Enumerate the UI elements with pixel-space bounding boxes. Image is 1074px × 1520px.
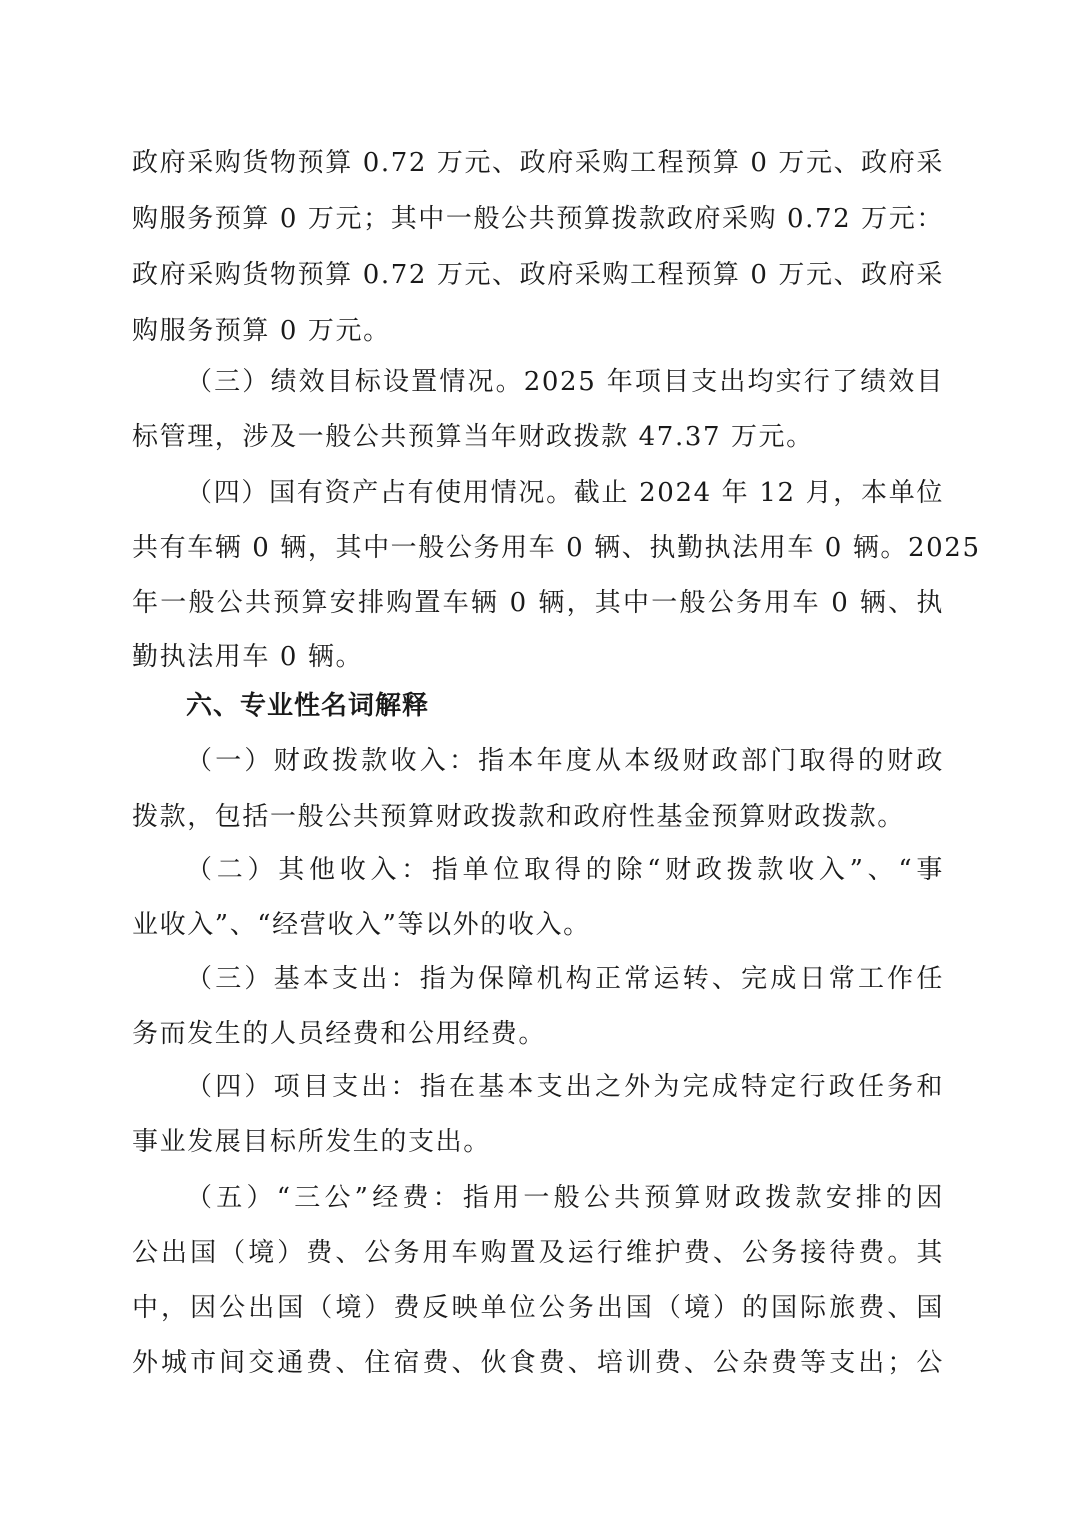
- body-text-line: 公出国（境）费、公务用车购置及运行维护费、公务接待费。其: [132, 1236, 944, 1270]
- section-heading: 六、专业性名词解释: [186, 689, 429, 723]
- body-text-line: 勤执法用车 0 辆。: [132, 640, 944, 674]
- term-three-public-expenses: （五）“三公”经费：指用一般公共预算财政拨款安排的因: [186, 1181, 944, 1215]
- body-text-line: 中，因公出国（境）费反映单位公务出国（境）的国际旅费、国: [132, 1291, 944, 1325]
- body-text-line: 务而发生的人员经费和公用经费。: [132, 1017, 944, 1051]
- body-text-line: 政府采购货物预算 0.72 万元、政府采购工程预算 0 万元、政府采: [132, 146, 944, 180]
- body-text-line: 业收入”、“经营收入”等以外的收入。: [132, 908, 944, 942]
- body-text-line: 标管理，涉及一般公共预算当年财政拨款 47.37 万元。: [132, 420, 944, 454]
- term-fiscal-appropriation-income: （一）财政拨款收入：指本年度从本级财政部门取得的财政: [186, 744, 944, 778]
- body-text-line: 购服务预算 0 万元。: [132, 314, 944, 348]
- body-text-line: 年一般公共预算安排购置车辆 0 辆，其中一般公务用车 0 辆、执: [132, 586, 944, 620]
- body-text-line: 拨款，包括一般公共预算财政拨款和政府性基金预算财政拨款。: [132, 800, 944, 834]
- term-project-expenditure: （四）项目支出：指在基本支出之外为完成特定行政任务和: [186, 1070, 944, 1104]
- body-text-line: 共有车辆 0 辆，其中一般公务用车 0 辆、执勤执法用车 0 辆。2025: [132, 531, 944, 565]
- term-basic-expenditure: （三）基本支出：指为保障机构正常运转、完成日常工作任: [186, 962, 944, 996]
- paragraph-state-assets: （四）国有资产占有使用情况。截止 2024 年 12 月，本单位: [186, 476, 944, 510]
- body-text-line: 外城市间交通费、住宿费、伙食费、培训费、公杂费等支出；公: [132, 1346, 944, 1380]
- body-text-line: 事业发展目标所发生的支出。: [132, 1125, 944, 1159]
- term-other-income: （二）其他收入：指单位取得的除“财政拨款收入”、“事: [186, 853, 944, 887]
- paragraph-performance-targets: （三）绩效目标设置情况。2025 年项目支出均实行了绩效目: [186, 365, 944, 399]
- body-text-line: 政府采购货物预算 0.72 万元、政府采购工程预算 0 万元、政府采: [132, 258, 944, 292]
- body-text-line: 购服务预算 0 万元；其中一般公共预算拨款政府采购 0.72 万元：: [132, 202, 944, 236]
- document-page: 政府采购货物预算 0.72 万元、政府采购工程预算 0 万元、政府采 购服务预算…: [0, 0, 1074, 1520]
